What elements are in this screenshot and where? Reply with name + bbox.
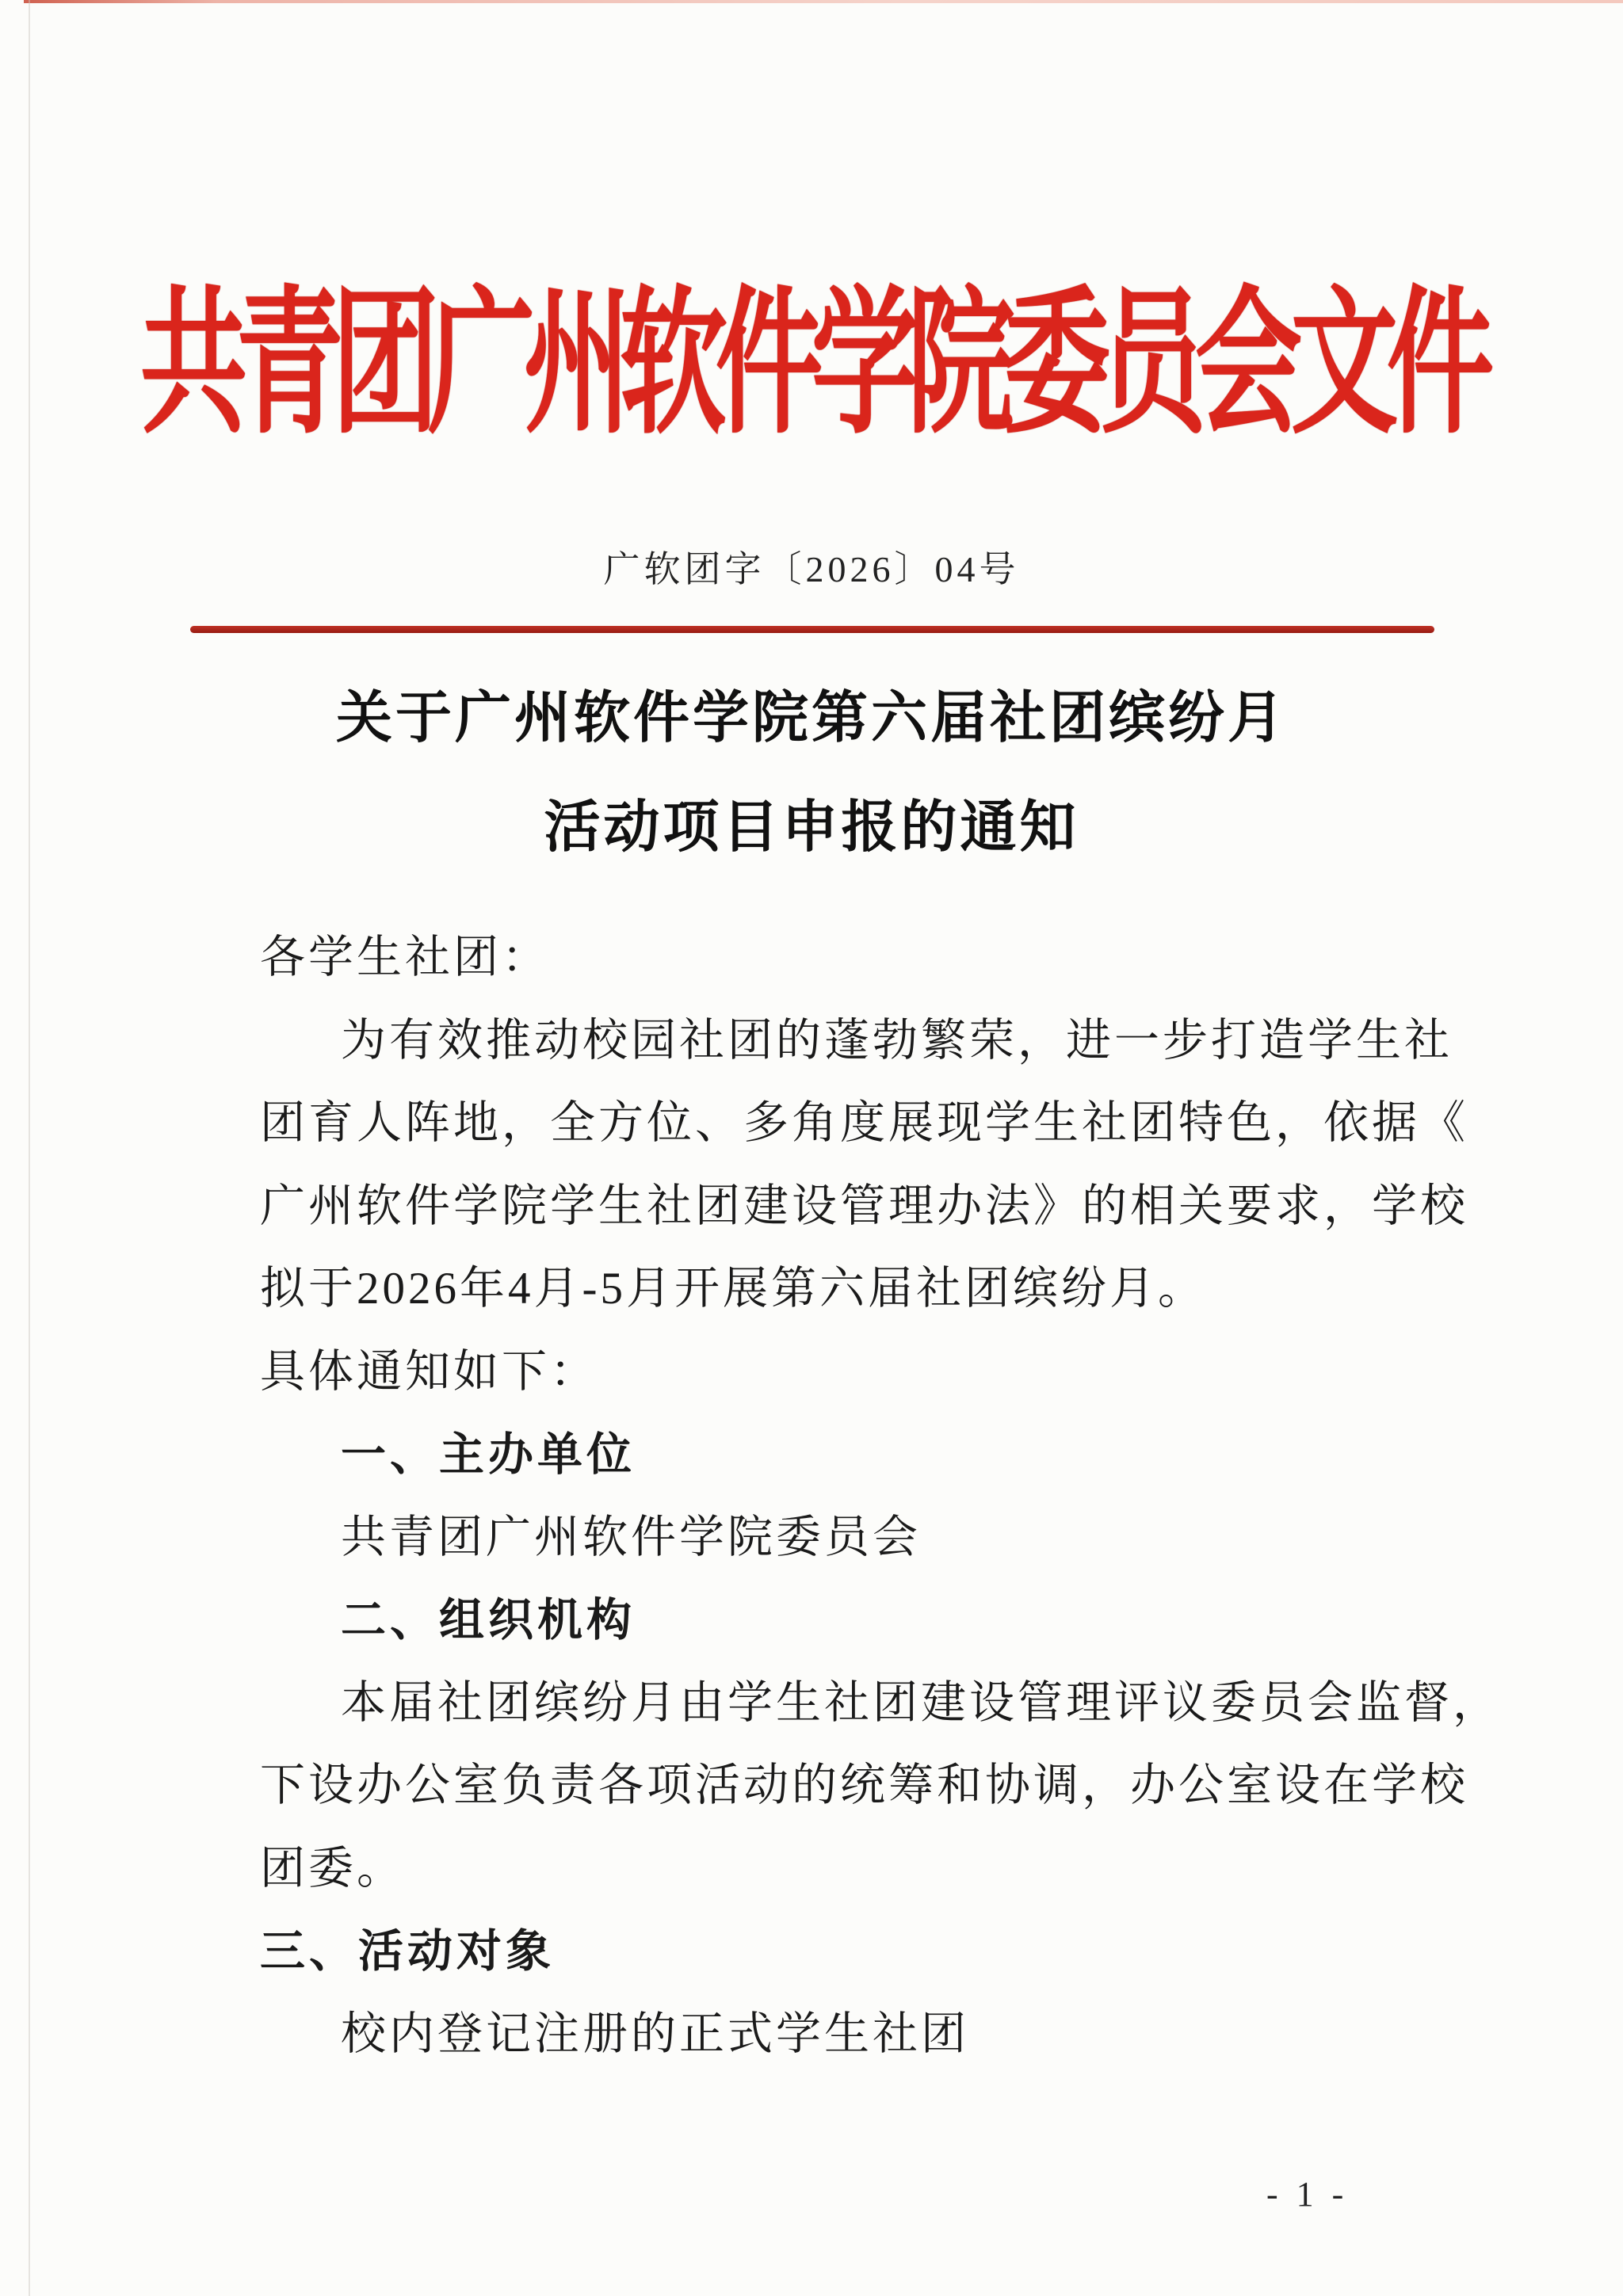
body-line: 三、活动对象	[260, 1910, 1480, 1993]
document-title-line2: 活动项目申报的通知	[0, 773, 1623, 883]
body-line: 共青团广州软件学院委员会	[260, 1497, 1480, 1580]
body-line: 拟于2026年4月-5月开展第六届社团缤纷月。	[260, 1248, 1480, 1331]
red-divider-line	[190, 626, 1434, 633]
page-number: - 1 -	[1266, 2174, 1348, 2214]
body-line: 团委。	[260, 1828, 1480, 1911]
body-line: 一、主办单位	[260, 1413, 1480, 1497]
scan-top-edge-artifact	[24, 0, 1623, 3]
body-line: 各学生社团：	[260, 917, 1480, 1000]
body-line: 本届社团缤纷月由学生社团建设管理评议委员会监督，	[260, 1662, 1480, 1745]
body-line: 广州软件学院学生社团建设管理办法》的相关要求，学校	[260, 1165, 1480, 1249]
body-line: 团育人阵地，全方位、多角度展现学生社团特色，依据《	[260, 1082, 1480, 1165]
body-line: 具体通知如下：	[260, 1331, 1480, 1414]
document-body: 各学生社团：为有效推动校园社团的蓬勃繁荣，进一步打造学生社团育人阵地，全方位、多…	[260, 917, 1480, 2076]
document-number: 广软团字〔2026〕04号	[0, 540, 1623, 593]
document-title-line1: 关于广州软件学院第六届社团缤纷月	[0, 664, 1623, 773]
body-line: 校内登记注册的正式学生社团	[260, 1993, 1480, 2077]
scanned-document-page: 共青团广州软件学院委员会文件 广软团字〔2026〕04号 关于广州软件学院第六届…	[0, 0, 1623, 2296]
body-line: 为有效推动校园社团的蓬勃繁荣，进一步打造学生社	[260, 1000, 1480, 1083]
document-title: 关于广州软件学院第六届社团缤纷月 活动项目申报的通知	[0, 664, 1623, 883]
body-line: 下设办公室负责各项活动的统筹和协调，办公室设在学校	[260, 1745, 1480, 1828]
letterhead-title: 共青团广州软件学院委员会文件	[0, 236, 1623, 463]
body-line: 二、组织机构	[260, 1579, 1480, 1662]
